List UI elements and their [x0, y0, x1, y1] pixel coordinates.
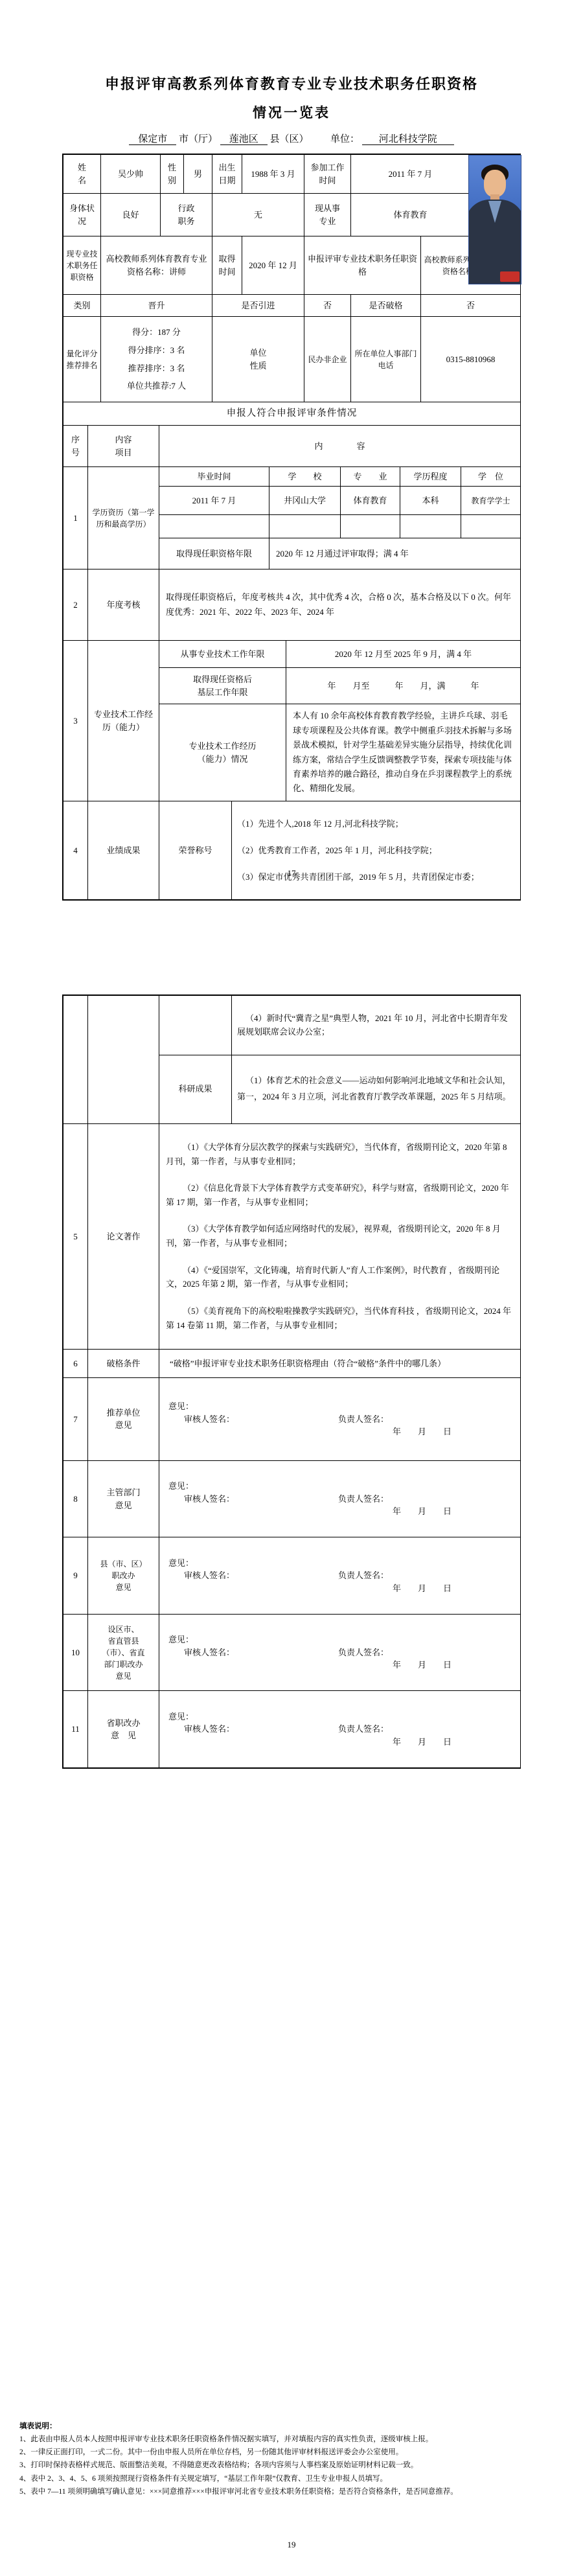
empty-cell	[63, 996, 88, 1124]
empty-cell	[159, 515, 269, 538]
item2-assessment-table: 2 年度考核 取得现任职资格后，年度考核共 4 次，其中优秀 4 次，合格 0 …	[63, 569, 521, 641]
research-list: （1）体育艺术的社会意义——运动如何影响河北地域文华和社会认知，第一，2024 …	[232, 1055, 521, 1123]
item4-no: 4	[63, 801, 88, 900]
reviewer-sign-label: 审核人签名：	[184, 1413, 234, 1426]
leader-sign-label: 负责人签名：	[338, 1413, 389, 1426]
health-value: 良好	[101, 194, 161, 236]
item1-education-table: 1 学历资历（第一学历和最高学历） 毕业时间 学 校 专 业 学历程度 学 位 …	[63, 466, 521, 569]
empty-cell	[269, 515, 341, 538]
col-no-header: 序 号	[63, 426, 88, 467]
item1-no: 1	[63, 467, 88, 569]
opinion-row-11: 11 省职改办 意 见 意见： 审核人签名： 负责人签名： 年 月 日	[63, 1690, 521, 1768]
edu-head-time: 毕业时间	[159, 467, 269, 487]
applicant-photo	[469, 155, 521, 284]
items-header-table: 序 号 内容 项目 内 容	[63, 425, 521, 467]
honor-label: 荣誉称号	[159, 801, 232, 900]
opinion-row-10: 10 设区市、 省直管县 （市）、省直 部门职改办 意见 意见： 审核人签名： …	[63, 1614, 521, 1692]
opinion-content: 意见： 审核人签名： 负责人签名： 年 月 日	[159, 1377, 521, 1460]
item4-achievement-table: 4 业绩成果 荣誉称号 （1）先进个人,2018 年 12 月,河北科技学院； …	[63, 801, 521, 900]
opinion-text-label: 意见：	[168, 1633, 511, 1646]
opinion-no: 11	[63, 1691, 88, 1768]
birth-value: 1988 年 3 月	[242, 155, 304, 194]
apply-title-label: 申报评审专业技术职务任职资格	[304, 236, 421, 295]
name-label: 姓 名	[63, 155, 101, 194]
current-title-label: 现专业技术职务任职资格	[63, 236, 101, 295]
org-line: 保定市 市（厅） 莲池区 县（区） 单位： 河北科技学院	[0, 132, 583, 146]
item5-no: 5	[63, 1123, 88, 1349]
page-number-19: 19	[0, 2540, 583, 2550]
org-unit-label: 单位：	[330, 134, 360, 144]
item6-text: “破格”申报评审专业技术职务任职资格理由（符合“破格”条件中的哪几条）	[159, 1349, 521, 1377]
org-county-suffix: 县（区）	[270, 134, 309, 144]
notes-item: 4、表中 2、3、4、5、6 项须按照现行资格条件有关规定填写，“基层工作年限”…	[19, 2472, 564, 2485]
edu-time: 2011 年 7 月	[159, 487, 269, 515]
item2-label: 年度考核	[88, 569, 159, 641]
honor-item: （2）优秀教育工作者，2025 年 1 月，河北科技学院；	[237, 844, 515, 858]
opinion-label: 推荐单位 意见	[88, 1377, 159, 1460]
work-years-label: 从事专业技术工作年限	[159, 641, 286, 668]
page-number-17: 17	[0, 868, 583, 879]
opinion-row-7: 7 推荐单位 意见 意见： 审核人签名： 负责人签名： 年 月 日	[63, 1377, 521, 1461]
opinion-content: 意见： 审核人签名： 负责人签名： 年 月 日	[159, 1537, 521, 1615]
item3-label: 专业技术工作经历（能力）	[88, 641, 159, 801]
obtain-time-value: 2020 年 12 月	[242, 236, 304, 295]
honor-item: （4）新时代“冀青之星”典型人物，2021 年 10 月，河北省中长期青年发展规…	[237, 1011, 515, 1040]
photo-face	[484, 170, 506, 197]
org-city-suffix: 市（厅）	[179, 134, 218, 144]
signature-line: 审核人签名： 负责人签名：	[168, 1569, 511, 1582]
edu-head-school: 学 校	[269, 467, 341, 487]
item6-no: 6	[63, 1349, 88, 1377]
edu-degree: 教育学学士	[461, 487, 521, 515]
gender-value: 男	[184, 155, 212, 194]
opinion-row-8: 8 主管部门 意见 意见： 审核人签名： 负责人签名： 年 月 日	[63, 1460, 521, 1538]
imported-value: 否	[304, 295, 351, 317]
opinion-row-9: 9 县（市、区） 职改办 意见 意见： 审核人签名： 负责人签名： 年 月 日	[63, 1537, 521, 1615]
leader-sign-label: 负责人签名：	[338, 1569, 389, 1582]
reviewer-sign-label: 审核人签名：	[184, 1646, 234, 1659]
join-label: 参加工作 时间	[304, 155, 351, 194]
unit-type-value: 民办非企业	[304, 317, 351, 402]
opinion-content: 意见： 审核人签名： 负责人签名： 年 月 日	[159, 1460, 521, 1537]
join-value: 2011 年 7 月	[351, 155, 470, 194]
leader-sign-label: 负责人签名：	[338, 1646, 389, 1659]
health-label: 身体状况	[63, 194, 101, 236]
org-unit-name: 河北科技学院	[362, 134, 454, 145]
score-rank-value: 得分：187 分 得分排序：3 名 推荐排序：3 名 单位共推荐:7 人	[101, 317, 212, 402]
ability-text: 本人有 10 余年高校体育教育教学经验，主讲乒乓球、羽毛球专项课程及公共体育课。…	[286, 704, 521, 801]
edu-head-level: 学历程度	[400, 467, 461, 487]
opinion-box: 意见： 审核人签名： 负责人签名： 年 月 日	[159, 1704, 520, 1755]
empty-cell	[400, 515, 461, 538]
conditions-banner: 申报人符合申报评审条件情况	[63, 402, 521, 426]
paper-item: （5）《美育视角下的高校啦啦操教学实践研究》，当代体育科技 ，省级期刊论文，20…	[166, 1304, 514, 1333]
work-years-value: 2020 年 12 月至 2025 年 9 月，满 4 年	[286, 641, 521, 668]
name-value: 吴少帅	[101, 155, 161, 194]
item6-exception-table: 6 破格条件 “破格”申报评审专业技术职务任职资格理由（符合“破格”条件中的哪几…	[63, 1349, 521, 1378]
page1-tables: 姓 名 吴少帅 性 别 男 出生 日期 1988 年 3 月 参加工作 时间 2…	[62, 154, 521, 901]
date-line: 年 月 日	[168, 1736, 511, 1749]
signature-line: 审核人签名： 负责人签名：	[168, 1413, 511, 1426]
notes-item: 5、表中 7—11 项须明确填写确认意见：×××同意推荐×××申报评审河北省专业…	[19, 2485, 564, 2498]
opinion-no: 8	[63, 1460, 88, 1537]
filling-notes: 填表说明： 1、此表由申报人员本人按照申报评审专业技术职务任职资格条件情况据实填…	[19, 2420, 564, 2498]
category-value: 晋升	[101, 295, 212, 317]
research-item: （1）体育艺术的社会意义——运动如何影响河北地域文华和社会认知，第一，2024 …	[237, 1073, 515, 1105]
date-line: 年 月 日	[168, 1425, 511, 1438]
empty-cell	[159, 996, 232, 1055]
col-content-header: 内 容	[159, 426, 521, 467]
exception-label: 是否破格	[351, 295, 421, 317]
signature-line: 审核人签名： 负责人签名：	[168, 1646, 511, 1659]
paper-item: （3）《大学体育教学如何适应网络时代的发展》，视界观，省级期刊论文，2020 年…	[166, 1222, 514, 1250]
papers-list: （1）《大学体育分层次教学的探索与实践研究》，当代体育，省级期刊论文，2020 …	[159, 1123, 521, 1349]
paper-item: （1）《大学体育分层次教学的探索与实践研究》，当代体育，省级期刊论文，2020 …	[166, 1140, 514, 1169]
gender-label: 性 别	[161, 155, 184, 194]
edu-head-major: 专 业	[341, 467, 400, 487]
admin-value: 无	[212, 194, 304, 236]
current-title-value: 高校教师系列体育教育专业资格名称：讲师	[101, 236, 212, 295]
item2-no: 2	[63, 569, 88, 641]
opinion-no: 7	[63, 1377, 88, 1460]
opinion-label: 主管部门 意见	[88, 1460, 159, 1537]
edu-level: 本科	[400, 487, 461, 515]
leader-sign-label: 负责人签名：	[338, 1493, 389, 1506]
major-label: 现从事 专业	[304, 194, 351, 236]
item4-label: 业绩成果	[88, 801, 159, 900]
empty-cell	[341, 515, 400, 538]
tenure-value: 2020 年 12 月通过评审取得；满 4 年	[269, 538, 521, 569]
item5-label: 论文著作	[88, 1123, 159, 1349]
opinion-text-label: 意见：	[168, 1480, 511, 1493]
org-county: 莲池区	[220, 134, 268, 145]
opinion-text-label: 意见：	[168, 1400, 511, 1413]
opinion-no: 10	[63, 1614, 88, 1691]
edu-major: 体育教育	[341, 487, 400, 515]
signature-line: 审核人签名： 负责人签名：	[168, 1723, 511, 1736]
category-label: 类别	[63, 295, 101, 317]
tenure-label: 取得现任职资格年限	[159, 538, 269, 569]
notes-item: 2、一律反正面打印，一式二份。其中一份由申报人员所在单位存档，另一份随其他评审材…	[19, 2446, 564, 2459]
opinion-content: 意见： 审核人签名： 负责人签名： 年 月 日	[159, 1691, 521, 1768]
opinion-box: 意见： 审核人签名： 负责人签名： 年 月 日	[159, 1550, 520, 1602]
research-label: 科研成果	[159, 1055, 232, 1123]
doc-subtitle: 情况一览表	[0, 104, 583, 123]
doc-title: 申报评审高教系列体育教育专业专业技术职务任职资格	[0, 74, 583, 95]
paper-item: （2）《信息化背景下大学体育教学方式变革研究》，科学与财富，省级期刊论文，202…	[166, 1181, 514, 1210]
date-line: 年 月 日	[168, 1505, 511, 1518]
hr-phone-label: 所在单位人事部门电话	[351, 317, 421, 402]
opinion-box: 意见： 审核人签名： 负责人签名： 年 月 日	[159, 1627, 520, 1678]
notes-item: 1、此表由申报人员本人按照申报评审专业技术职务任职资格条件情况据实填写，并对填报…	[19, 2433, 564, 2446]
paper-item: （4）《“爱国崇军，文化铸魂，培育时代新人”育人工作案例》，时代教育 ，省级期刊…	[166, 1263, 514, 1292]
honor-list-continued: （4）新时代“冀青之星”典型人物，2021 年 10 月，河北省中长期青年发展规…	[232, 996, 521, 1055]
opinion-content: 意见： 审核人签名： 负责人签名： 年 月 日	[159, 1614, 521, 1691]
opinion-label: 设区市、 省直管县 （市）、省直 部门职改办 意见	[88, 1614, 159, 1691]
reviewer-sign-label: 审核人签名：	[184, 1569, 234, 1582]
opinion-box: 意见： 审核人签名： 负责人签名： 年 月 日	[159, 1394, 520, 1445]
score-rank-label: 量化评分推荐排名	[63, 317, 101, 402]
date-line: 年 月 日	[168, 1582, 511, 1595]
opinion-box: 意见： 审核人签名： 负责人签名： 年 月 日	[159, 1473, 520, 1524]
grassroots-label: 取得现任资格后 基层工作年限	[159, 668, 286, 704]
page2-tables: （4）新时代“冀青之星”典型人物，2021 年 10 月，河北省中长期青年发展规…	[62, 995, 521, 1769]
leader-sign-label: 负责人签名：	[338, 1723, 389, 1736]
form-document: 申报评审高教系列体育教育专业专业技术职务任职资格 情况一览表 保定市 市（厅） …	[0, 0, 583, 2576]
signature-line: 审核人签名： 负责人签名：	[168, 1493, 511, 1506]
edu-school: 井冈山大学	[269, 487, 341, 515]
item3-no: 3	[63, 641, 88, 801]
item2-text: 取得现任职资格后，年度考核共 4 次，其中优秀 4 次，合格 0 次，基本合格及…	[159, 569, 521, 641]
page-2: （4）新时代“冀青之星”典型人物，2021 年 10 月，河北省中长期青年发展规…	[0, 912, 583, 2576]
item6-label: 破格条件	[88, 1349, 159, 1377]
unit-type-label: 单位 性质	[212, 317, 304, 402]
major-value: 体育教育	[351, 194, 470, 236]
birth-label: 出生 日期	[212, 155, 242, 194]
opinion-no: 9	[63, 1537, 88, 1615]
reviewer-sign-label: 审核人签名：	[184, 1723, 234, 1736]
item5-papers-table: 5 论文著作 （1）《大学体育分层次教学的探索与实践研究》，当代体育，省级期刊论…	[63, 1123, 521, 1350]
imported-label: 是否引进	[212, 295, 304, 317]
notes-heading: 填表说明：	[19, 2420, 564, 2433]
date-line: 年 月 日	[168, 1659, 511, 1672]
admin-label: 行政 职务	[161, 194, 212, 236]
opinion-text-label: 意见：	[168, 1557, 511, 1570]
basic-info-table: 姓 名 吴少帅 性 别 男 出生 日期 1988 年 3 月 参加工作 时间 2…	[63, 154, 521, 426]
ability-label: 专业技术工作经历 （能力）情况	[159, 704, 286, 801]
opinion-text-label: 意见：	[168, 1710, 511, 1723]
notes-item: 3、打印时保持表格样式规范、版面整洁美观，不得随意更改表格结构；各项内容须与人事…	[19, 2459, 564, 2472]
obtain-time-label: 取得 时间	[212, 236, 242, 295]
honor-list: （1）先进个人,2018 年 12 月,河北科技学院； （2）优秀教育工作者，2…	[232, 801, 521, 900]
org-city: 保定市	[129, 134, 176, 145]
red-date-stamp	[500, 271, 520, 282]
exception-value: 否	[421, 295, 521, 317]
empty-cell	[461, 515, 521, 538]
honor-item: （1）先进个人,2018 年 12 月,河北科技学院；	[237, 817, 515, 831]
page-1: 申报评审高教系列体育教育专业专业技术职务任职资格 情况一览表 保定市 市（厅） …	[0, 0, 583, 912]
grassroots-value: 年 月至 年 月，满 年	[286, 668, 521, 704]
item4-continued-table: （4）新时代“冀青之星”典型人物，2021 年 10 月，河北省中长期青年发展规…	[63, 995, 521, 1124]
opinion-label: 省职改办 意 见	[88, 1691, 159, 1768]
item3-experience-table: 3 专业技术工作经历（能力） 从事专业技术工作年限 2020 年 12 月至 2…	[63, 640, 521, 801]
edu-head-degree: 学 位	[461, 467, 521, 487]
col-project-header: 内容 项目	[88, 426, 159, 467]
reviewer-sign-label: 审核人签名：	[184, 1493, 234, 1506]
opinion-label: 县（市、区） 职改办 意见	[88, 1537, 159, 1615]
empty-cell	[88, 996, 159, 1124]
hr-phone-value: 0315-8810968	[421, 317, 521, 402]
item1-label: 学历资历（第一学历和最高学历）	[88, 467, 159, 569]
